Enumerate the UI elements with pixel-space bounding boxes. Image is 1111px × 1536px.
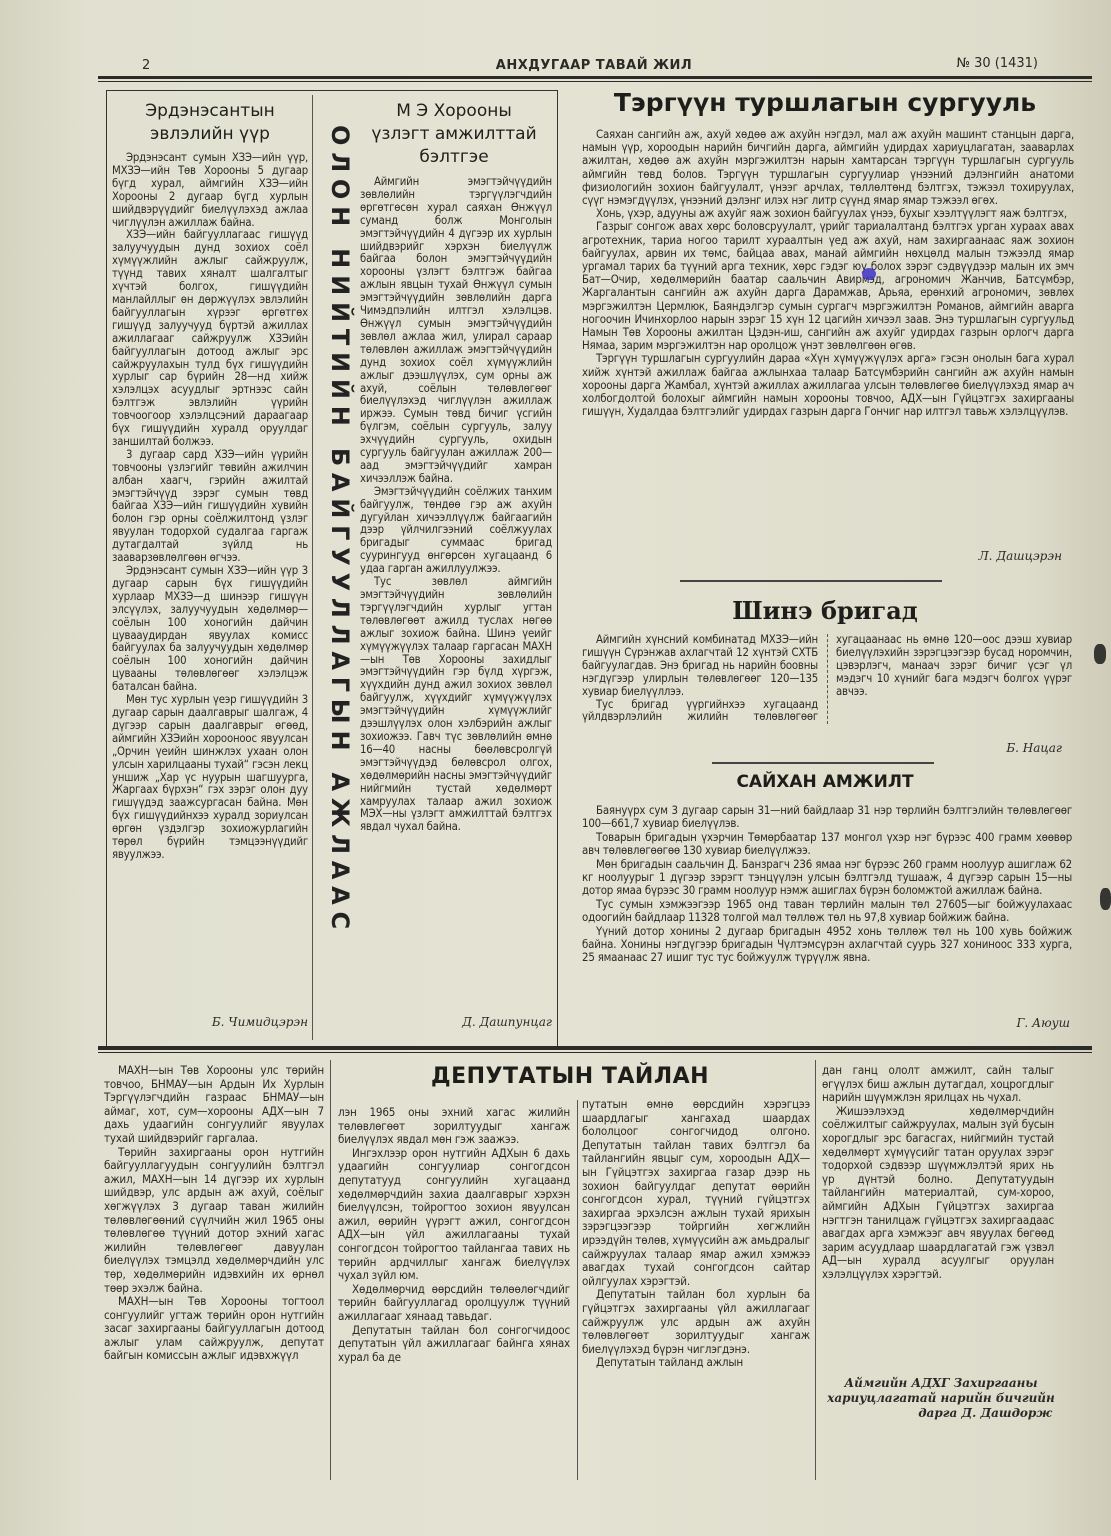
- article-me-khoroo: Аймгийн эмэгтэйчүүдийн зөвлөлийн тэргүүл…: [360, 176, 552, 834]
- paragraph: Саяхан сангийн аж, ахуй хөдөө аж ахуйн н…: [582, 128, 1074, 207]
- byline-shine-brigad: Б. Нацаг: [840, 741, 1062, 755]
- article-title-me-khoroo: М Э Хорооны үзлэгт амжилттай бэлтгэе: [354, 100, 554, 169]
- paragraph: Мөн тус хурлын үеэр гишүүдийн 3 дугаар с…: [112, 694, 308, 862]
- paragraph: Ингэхлээр орон нутгийн АДХын 6 дахь удаа…: [338, 1147, 570, 1283]
- article-title-turshlaga: Тэргүүн туршлагын сургууль: [580, 88, 1070, 117]
- section-label-vertical: ОЛОН НИЙТИЙН БАЙГУУЛЛАГЫН АЖЛААС: [318, 125, 354, 1025]
- paragraph: Тус сумын хэмжээгээр 1965 онд таван төрл…: [582, 898, 1072, 925]
- title-line: бэлтгэе: [419, 147, 488, 167]
- paragraph: Эмэгтэйчүүдийн соёлжих танхим байгуулж, …: [360, 486, 552, 576]
- paragraph: МАХН—ын Төв Хорооны улс төрийн товчоо, Б…: [104, 1064, 324, 1146]
- ornament-divider: [680, 580, 942, 582]
- paragraph: Эрдэнэсант сумын ХЗЭ—ийн үүр 3 дугаар са…: [112, 565, 308, 694]
- article-title-erdenesant: Эрдэнэсантын эвлэлийн үүр: [108, 100, 312, 146]
- signature-line: хариуцлагатай нарийн бичгийн: [826, 1391, 1056, 1406]
- masthead: АНХДУГААР ТАВАЙ ЖИЛ: [98, 58, 1090, 73]
- column-divider: [577, 1100, 578, 1480]
- article-saikhan-amjilt: Баянуүрх сум 3 дугаар сарын 31—ний байдл…: [582, 804, 1072, 965]
- header-rule-thin: [98, 81, 1092, 82]
- punch-hole-mark: [1094, 644, 1106, 664]
- title-line: үзлэгт амжилттай: [371, 124, 536, 144]
- paragraph: Товарын бригадын үхэрчин Төмөрбаатар 137…: [582, 831, 1072, 858]
- paragraph: МАХН—ын Төв Хорооны тогтоол сонгуулийг у…: [104, 1295, 324, 1363]
- article-shine-brigad: Аймгийн хүнсний комбинатад МХЗЭ—ийн гишү…: [582, 634, 1072, 724]
- article-turshlaga: Саяхан сангийн аж, ахуй хөдөө аж ахуйн н…: [582, 128, 1074, 418]
- byline-erdenesant: Б. Чимидцэрэн: [112, 1015, 308, 1029]
- paragraph: лэн 1965 оны эхний хагас жилийн төлөвлөг…: [338, 1106, 570, 1147]
- paragraph: Депутатын тайлан бол хурлын ба гүйцэтгэх…: [582, 1288, 810, 1356]
- paragraph: Хөдөлмөрчид өөрсдийн төлөөлөгчдийг төрий…: [338, 1283, 570, 1324]
- article-erdenesant: Эрдэнэсант сумын ХЗЭ—ийн үүр, МХЗЭ—ийн Т…: [112, 152, 308, 862]
- header-rule: [98, 76, 1092, 79]
- paragraph: Баянуүрх сум 3 дугаар сарын 31—ний байдл…: [582, 804, 1072, 831]
- article-deputat-col3: путатын өмнө өөрсдийн хэрэгцээ шаардлагы…: [582, 1098, 810, 1370]
- paragraph: Жишээлэхэд хөдөлмөрчдийн соёлжилтыг сайж…: [822, 1105, 1054, 1282]
- column-divider: [312, 95, 313, 1040]
- paragraph: Үүний дотор хонины 2 дугаар бригадын 495…: [582, 925, 1072, 965]
- title-line: М Э Хорооны: [396, 101, 512, 121]
- byline-turshlaga: Л. Дашцэрэн: [582, 549, 1062, 563]
- byline-me-khoroo: Д. Дашпунцаг: [360, 1015, 552, 1029]
- article-title-deputat: ДЕПУТАТЫН ТАЙЛАН: [330, 1064, 810, 1089]
- section-rule-thin: [98, 1052, 1092, 1053]
- paragraph: путатын өмнө өөрсдийн хэрэгцээ шаардлагы…: [582, 1098, 810, 1288]
- paragraph: Депутатын тайлан бол сонгогчидоос депута…: [338, 1324, 570, 1365]
- paragraph: Мөн бригадын саальчин Д. Банзрагч 236 ям…: [582, 858, 1072, 898]
- paragraph: 3 дугаар сард ХЗЭ—ийн үүрийн товчооны үз…: [112, 449, 308, 565]
- article-title-shine-brigad: Шинэ бригад: [580, 596, 1070, 625]
- issue-number: № 30 (1431): [956, 56, 1038, 71]
- article-deputat-col1: МАХН—ын Төв Хорооны улс төрийн товчоо, Б…: [104, 1064, 324, 1363]
- title-line: Эрдэнэсантын: [145, 101, 275, 121]
- paragraph: дан ганц ололт амжилт, сайн талыг өгүүлэ…: [822, 1064, 1054, 1105]
- paragraph: Төрийн захиргааны орон нутгийн байгуулла…: [104, 1146, 324, 1296]
- deputat-signature: Аймгийн АДХГ Захиргааны хариуцлагатай на…: [826, 1376, 1056, 1421]
- column-divider: [330, 1060, 331, 1480]
- page-header: 2 АНХДУГААР ТАВАЙ ЖИЛ № 30 (1431): [98, 56, 1090, 78]
- paragraph: Аймгийн эмэгтэйчүүдийн зөвлөлийн тэргүүл…: [360, 176, 552, 486]
- article-title-saikhan-amjilt: САЙХАН АМЖИЛТ: [580, 772, 1070, 792]
- punch-hole-mark: [1100, 888, 1111, 910]
- signature-line: дарга Д. Дашдорж: [826, 1406, 1056, 1421]
- ink-blot: [862, 268, 876, 280]
- article-deputat-col2: лэн 1965 оны эхний хагас жилийн төлөвлөг…: [338, 1106, 570, 1364]
- paragraph: Эрдэнэсант сумын ХЗЭ—ийн үүр, МХЗЭ—ийн Т…: [112, 152, 308, 229]
- byline-saikhan-amjilt: Г. Аюуш: [582, 1016, 1070, 1030]
- title-line: эвлэлийн үүр: [150, 124, 270, 144]
- paragraph: Газрыг сонгож авах хөрс боловсруулалт, ү…: [582, 220, 1074, 352]
- section-rule: [98, 1046, 1092, 1050]
- paragraph: Тус зөвлөл аймгийн эмэгтэйчүүдийн зөвлөл…: [360, 576, 552, 834]
- paragraph: Депутатын тайланд ажлын: [582, 1356, 810, 1370]
- newspaper-page: 2 АНХДУГААР ТАВАЙ ЖИЛ № 30 (1431) Эрдэнэ…: [0, 0, 1111, 1536]
- paragraph: Аймгийн хүнсний комбинатад МХЗЭ—ийн гишү…: [582, 634, 818, 699]
- paragraph: Тэргүүн туршлагын сургуулийн дараа «Хүн …: [582, 352, 1074, 418]
- signature-line: Аймгийн АДХГ Захиргааны: [826, 1376, 1056, 1391]
- article-deputat-col4: дан ганц ололт амжилт, сайн талыг өгүүлэ…: [822, 1064, 1054, 1282]
- paragraph: ХЗЭ—ийн байгууллагаас гишүүд залуучуудын…: [112, 229, 308, 448]
- column-divider: [815, 1060, 816, 1480]
- ornament-divider: [712, 762, 934, 764]
